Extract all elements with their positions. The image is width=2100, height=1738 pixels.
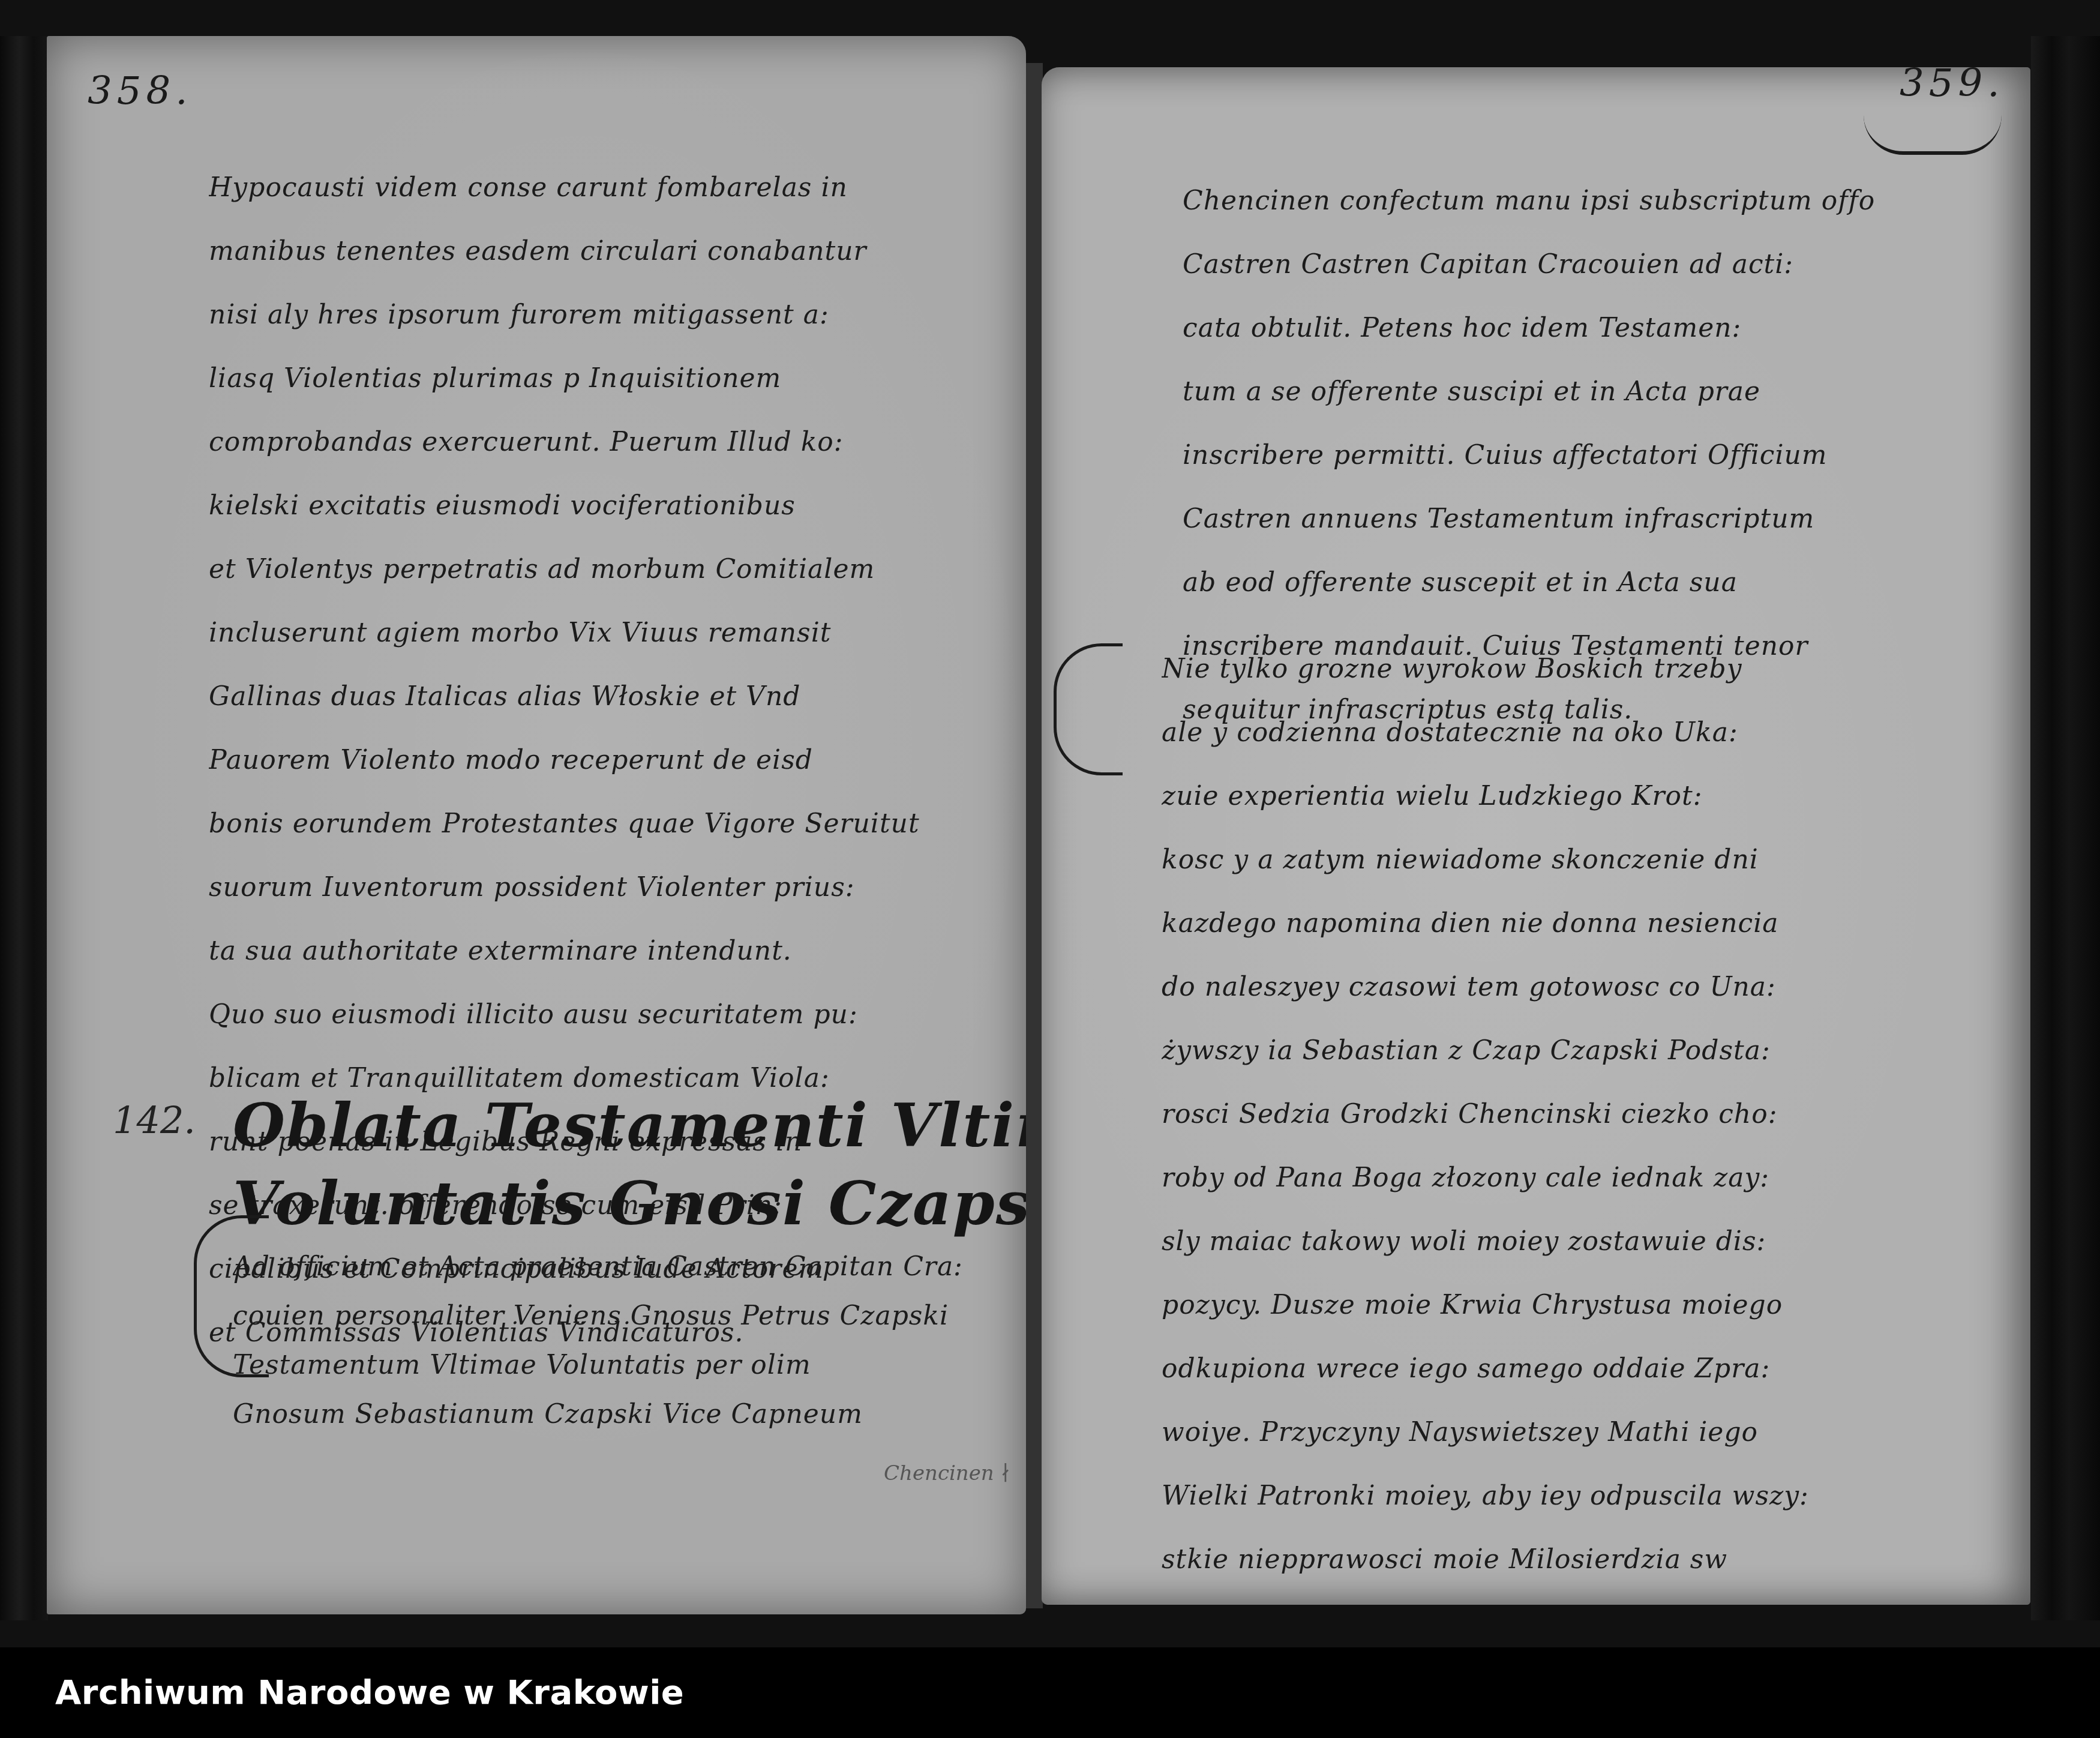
right-page: 359. Chencinen confectum manu ipsi subsc… xyxy=(1042,67,2030,1605)
text-line: bonis eorundem Protestantes quae Vigore … xyxy=(209,792,1026,856)
text-line: liasq Violentias plurimas p Inquisitione… xyxy=(209,347,1026,410)
text-line: ta sua authoritate exterminare intendunt… xyxy=(209,919,1026,983)
entry-number: 142. xyxy=(113,1098,196,1142)
text-line: kielski excitatis eiusmodi vociferationi… xyxy=(209,474,1026,538)
text-line: Gnosum Sebastianum Czapski Vice Capneum xyxy=(233,1390,1001,1439)
text-line: zuie experientia wielu Ludzkiego Krot: xyxy=(1162,765,2030,828)
scan-image-area: 358. Hypocausti videm conse carunt fomba… xyxy=(0,0,2100,1647)
text-line: Chencinen confectum manu ipsi subscriptu… xyxy=(1183,169,2017,233)
text-line: et Violentys perpetratis ad morbum Comit… xyxy=(209,538,1026,601)
text-line: Wielki Patronki moiey, aby iey odpuscila… xyxy=(1162,1464,2030,1528)
left-folio-number: 358. xyxy=(88,69,193,113)
text-line: do naleszyey czasowi tem gotowosc co Una… xyxy=(1162,955,2030,1019)
text-line: incluserunt agiem morbo Vix Viuus remans… xyxy=(209,601,1026,665)
text-line: pozycy. Dusze moie Krwia Chrystusa moieg… xyxy=(1162,1273,2030,1337)
text-line: odkupiona wrece iego samego oddaie Zpra: xyxy=(1162,1337,2030,1401)
text-line: Nie tylko grozne wyrokow Boskich trzeby xyxy=(1162,637,2030,701)
right-folio-number: 359. xyxy=(1900,67,2005,106)
text-line: comprobandas exercuerunt. Puerum Illud k… xyxy=(209,410,1026,474)
text-line: żywszy ia Sebastian z Czap Czapski Podst… xyxy=(1162,1019,2030,1083)
folio-underline-flourish xyxy=(1864,115,2002,155)
text-line: iem ogarnac y do Maiestatu swego Swieteg… xyxy=(1162,1592,2030,1605)
text-line: couien personaliter Veniens Gnosus Petru… xyxy=(233,1291,1001,1341)
margin-brace-flourish xyxy=(194,1215,269,1377)
text-line: woiye. Przyczyny Nayswietszey Mathi iego xyxy=(1162,1401,2030,1464)
book-gutter xyxy=(1026,63,1043,1608)
text-line: manibus tenentes easdem circulari conaba… xyxy=(209,220,1026,283)
text-line: Quo suo eiusmodi illicito ausu securitat… xyxy=(209,983,1026,1047)
testament-text: Nie tylko grozne wyrokow Boskich trzeby … xyxy=(1162,637,2030,1605)
text-line: tum a se offerente suscipi et in Acta pr… xyxy=(1183,360,2017,424)
text-line: Pauorem Violento modo receperunt de eisd xyxy=(209,729,1026,792)
text-line: Castren annuens Testamentum infrascriptu… xyxy=(1183,487,2017,551)
text-line: kazdego napomina dien nie donna nesienci… xyxy=(1162,892,2030,955)
text-line: ale y codzienna dostatecznie na oko Uka: xyxy=(1162,701,2030,765)
margin-brace-flourish xyxy=(1054,643,1123,775)
book-binding-right xyxy=(2031,36,2100,1620)
catchword: Chencinen ∤ xyxy=(884,1461,1010,1485)
text-line: Castren Castren Capitan Cracouien ad act… xyxy=(1183,233,2017,296)
text-line: suorum Iuventorum possident Violenter pr… xyxy=(209,856,1026,919)
text-line: Hypocausti videm conse carunt fombarelas… xyxy=(209,156,1026,220)
text-line: nisi aly hres ipsorum furorem mitigassen… xyxy=(209,283,1026,347)
text-line: sly maiac takowy woli moiey zostawuie di… xyxy=(1162,1210,2030,1273)
text-line: Ad officium et Acta praesentia Castren C… xyxy=(233,1242,1001,1291)
text-line: ab eod offerente suscepit et in Acta sua xyxy=(1183,551,2017,615)
text-line: inscribere permitti. Cuius affectatori O… xyxy=(1183,424,2017,487)
text-line: cata obtulit. Petens hoc idem Testamen: xyxy=(1183,296,2017,360)
text-line: Gallinas duas Italicas alias Włoskie et … xyxy=(209,665,1026,729)
entry-title-line: Oblata Testamenti Vltimae xyxy=(113,1086,1001,1164)
text-line: Testamentum Vltimae Voluntatis per olim xyxy=(233,1341,1001,1390)
left-page: 358. Hypocausti videm conse carunt fomba… xyxy=(47,36,1026,1614)
text-line: rosci Sedzia Grodzki Chencinski ciezko c… xyxy=(1162,1083,2030,1146)
archive-caption: Archiwum Narodowe w Krakowie xyxy=(55,1673,684,1712)
text-line: roby od Pana Boga złozony cale iednak za… xyxy=(1162,1146,2030,1210)
text-line: stkie niepprawosci moie Milosierdzia sw xyxy=(1162,1528,2030,1592)
book-binding-left xyxy=(0,36,48,1620)
text-line: kosc y a zatym niewiadome skonczenie dni xyxy=(1162,828,2030,892)
